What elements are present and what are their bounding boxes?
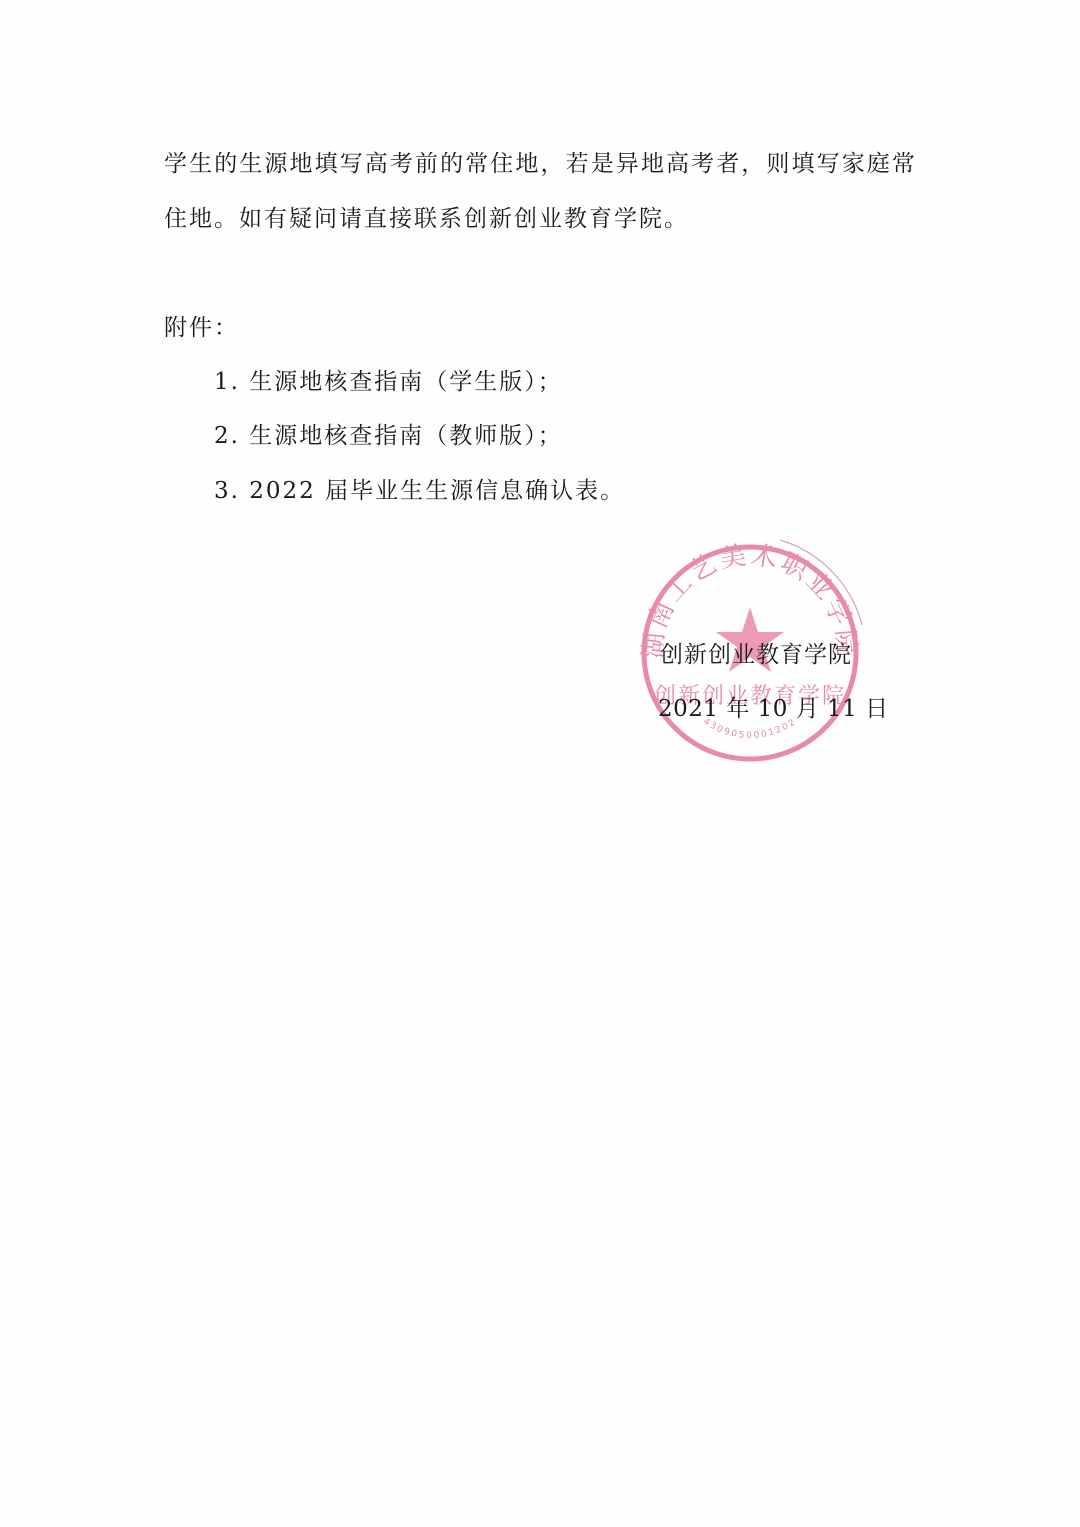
signature-date: 2021 年 10 月 11 日 [658, 694, 889, 724]
attachment-item: 3. 2022 届毕业生生源信息确认表。 [214, 476, 625, 506]
attachments-label: 附件： [164, 313, 239, 343]
attachment-item: 1. 生源地核查指南（学生版）； [214, 367, 563, 397]
paragraph-line: 学生的生源地填写高考前的常住地，若是异地高考者，则填写家庭常 [164, 149, 917, 179]
attachment-item: 2. 生源地核查指南（教师版）； [214, 421, 563, 451]
document-page: 学生的生源地填写高考前的常住地，若是异地高考者，则填写家庭常 住地。如有疑问请直… [0, 0, 1080, 1527]
paragraph-line: 住地。如有疑问请直接联系创新创业教育学院。 [164, 204, 689, 234]
signature-organization: 创新创业教育学院 [660, 640, 852, 670]
